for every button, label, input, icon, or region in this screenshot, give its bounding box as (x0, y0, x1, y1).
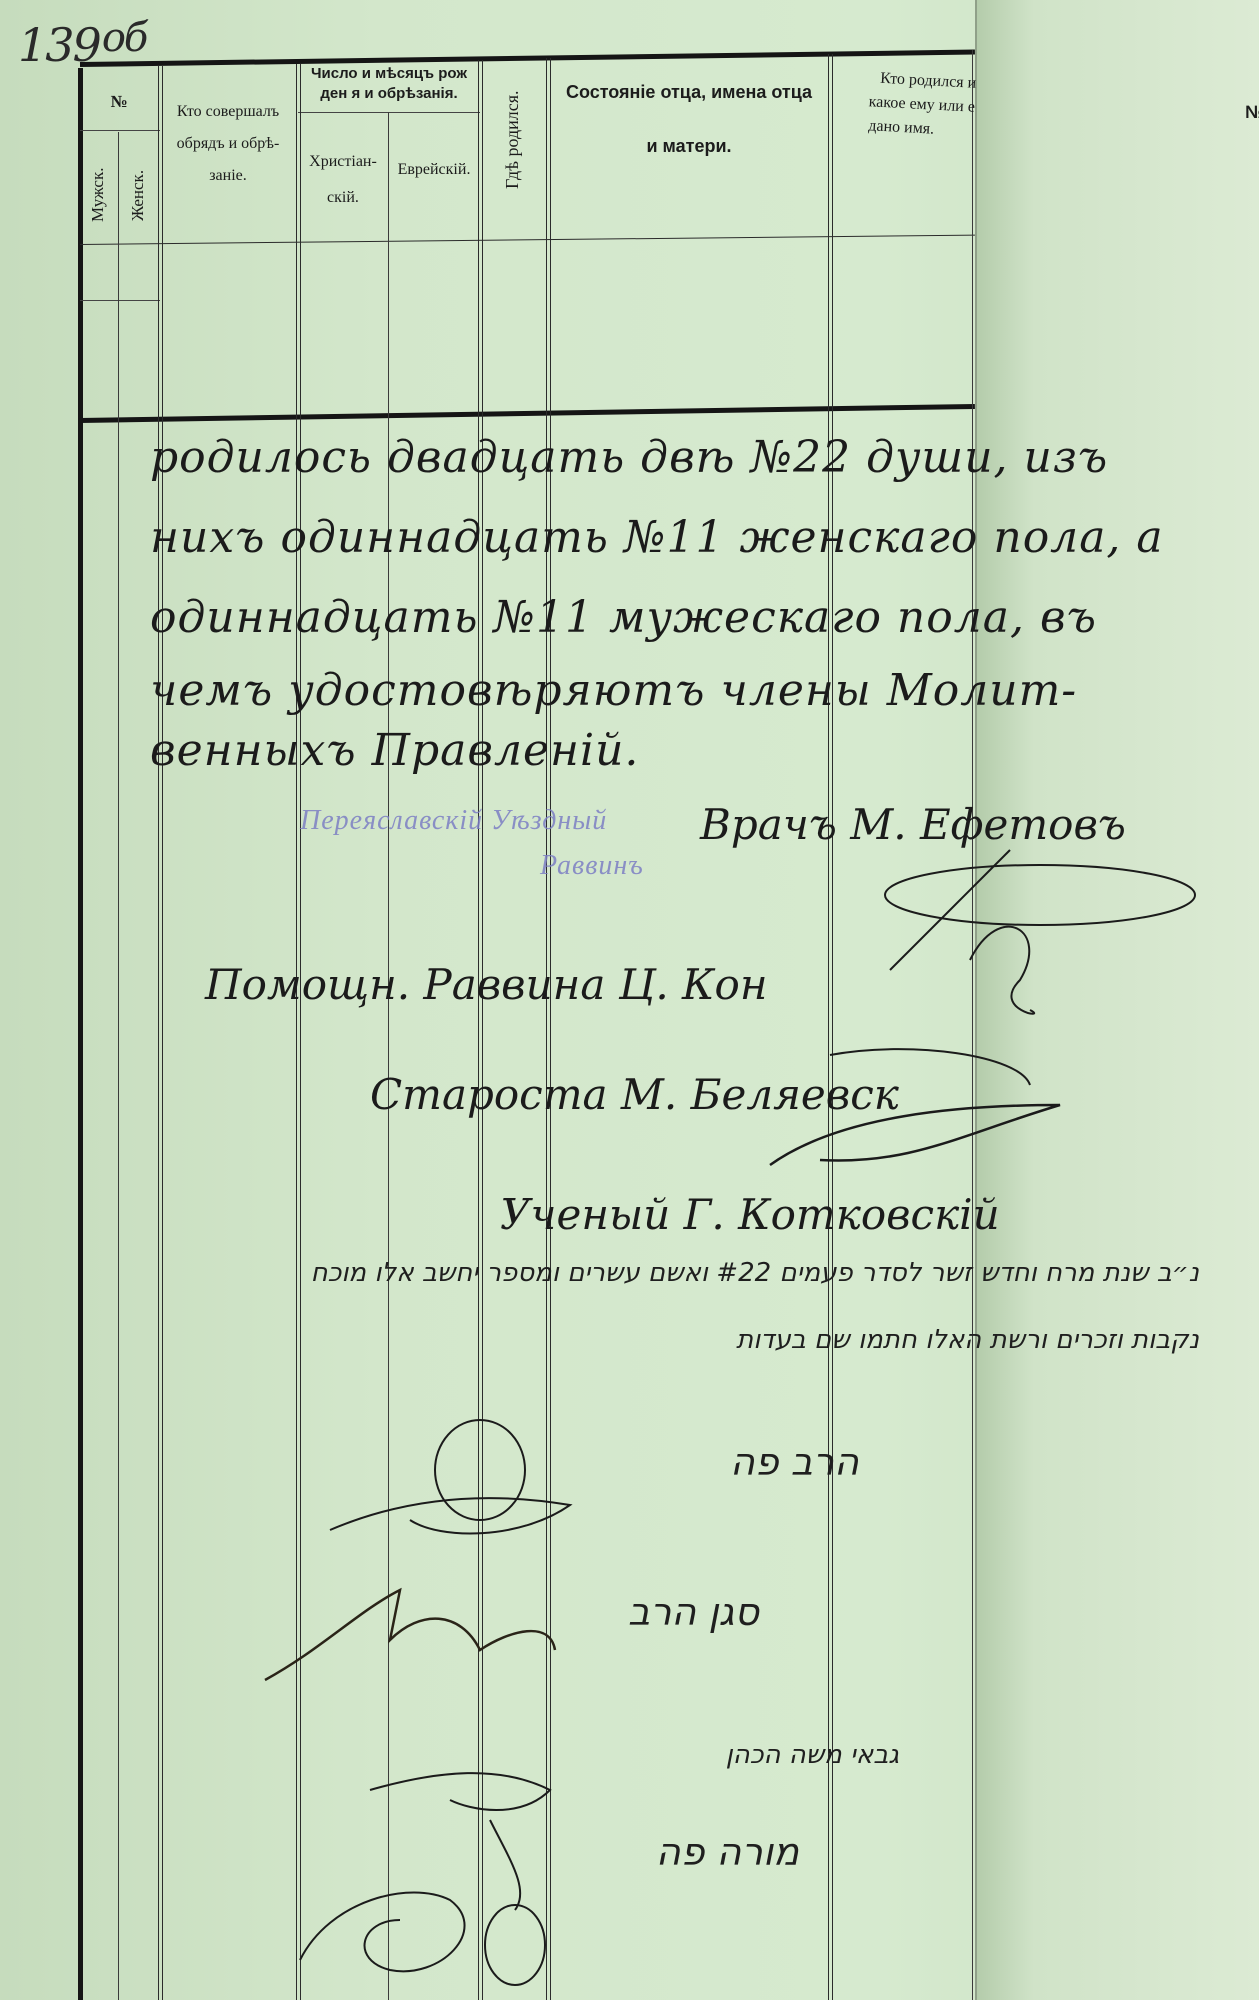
header-who-performed: Кто совершалъ обрядъ и обрѣ- заніе. (160, 100, 296, 188)
entry-line-1: родилось двадцать двѣ №22 души, изъ (150, 432, 1108, 483)
col-divider-christian-jewish (388, 112, 389, 2000)
entry-line-4: чемъ удостовѣряютъ члены Молит- (150, 665, 1077, 716)
header-who-performed-line1: Кто совершалъ (160, 100, 296, 124)
col-divider-father (828, 54, 829, 2000)
row-separator-thick (80, 404, 975, 423)
header-date-group: Число и мѣсяцъ рож ден я и обрѣзанія. (298, 64, 480, 104)
stamp-line-1: Переяславскій Уѣздный (300, 805, 607, 837)
signature-elder-flourish (760, 1045, 1080, 1175)
header-date-line2: ден я и обрѣзанія. (298, 84, 480, 104)
page-number-verso: об (102, 15, 147, 61)
header-male: Мужск. (86, 150, 112, 240)
hebrew-signature-flourish-bottom (290, 1760, 590, 2000)
header-where-born: Гдѣ родился. (500, 60, 528, 220)
header-christian-line1: Христіан- (298, 150, 388, 174)
hebrew-signature-rabbi: הרב פה (730, 1440, 859, 1484)
entry-line-3: одиннадцать №11 мужескаго пола, въ (150, 592, 1097, 643)
header-jewish: Еврейскій. (388, 158, 480, 182)
signature-scholar: Ученый Г. Котковскій (500, 1190, 1000, 1239)
header-date-line1: Число и мѣсяцъ рож (298, 64, 480, 84)
date-subheader-rule (298, 112, 480, 113)
header-father-line1: Состояніе отца, имена отца (550, 80, 828, 104)
first-row-subrule (80, 300, 160, 301)
header-christian: Христіан- скій. (298, 150, 388, 210)
hebrew-signature-rabbi-flourish (320, 1410, 580, 1560)
hebrew-entry-line-1: נ״ב שנת מרח וחדש זשר לסדר פעמים #22 ואשם… (311, 1258, 1199, 1288)
stamp-line-2: Раввинъ (540, 850, 644, 882)
header-who-performed-line2: обрядъ и обрѣ- (160, 132, 296, 156)
number-subheader-rule (80, 130, 160, 131)
hebrew-signature-assistant-flourish (260, 1580, 560, 1690)
signature-assistant-rabbi: Помощн. Раввина Ц. Кон (205, 960, 768, 1009)
next-page-number-header: № (1245, 100, 1259, 124)
col-divider-performer (296, 64, 297, 2000)
entry-line-2: нихъ одиннадцать №11 женскаго пола, а (150, 512, 1164, 563)
col-divider-where-born (546, 58, 547, 2000)
header-female: Женск. (126, 150, 152, 240)
header-father-line2: и матери. (550, 134, 828, 158)
hebrew-entry-line-2: נקבות וזכרים ורשת האלו חתמו שם בעדות (736, 1325, 1199, 1355)
entry-line-5: венныхъ Правленій. (150, 725, 639, 776)
hebrew-signature-gabbai: גבאי משה הכהן (726, 1740, 899, 1770)
header-number: № (80, 90, 158, 114)
table-left-border (78, 68, 83, 2000)
col-divider-number (158, 66, 159, 2000)
header-father-status: Состояніе отца, имена отца и матери. (550, 80, 828, 158)
header-who-born: Кто родился и какое ему или е дано имя. (828, 64, 977, 143)
col-divider-who-born (972, 50, 973, 2000)
signature-rabbi-flourish (850, 840, 1210, 1020)
header-christian-line2: скій. (298, 186, 388, 210)
header-bottom-rule (80, 235, 975, 245)
hebrew-signature-assistant: סגן הרב (628, 1590, 759, 1634)
col-divider-jewish (478, 60, 479, 2000)
header-who-performed-line3: заніе. (160, 164, 296, 188)
col-divider-male-female (118, 132, 119, 2000)
hebrew-signature-teacher: מורה פה (656, 1830, 799, 1874)
